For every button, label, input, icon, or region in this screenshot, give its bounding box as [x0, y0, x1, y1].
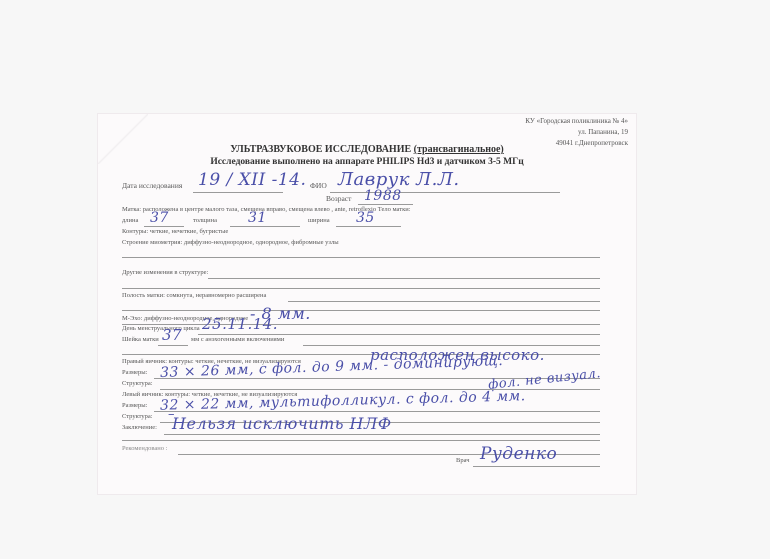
cervix-suffix: мм с анэхогенными включениями — [191, 336, 284, 343]
cervix-value[interactable]: 37 — [162, 326, 182, 344]
clinic-street: ул. Папанина, 19 — [525, 127, 628, 138]
cavity-text: Полость матки: сомкнута, неравномерно ра… — [122, 292, 266, 299]
contours-text: Контуры: четкие, нечеткие, бугристые — [122, 228, 228, 235]
length-value[interactable]: 37 — [150, 210, 169, 226]
doctor-label: Врач — [456, 457, 469, 464]
clinic-name: КУ «Городская поликлиника № 4» — [525, 116, 628, 127]
cycle-day-value[interactable]: 25.11.14. — [202, 315, 278, 333]
left-structure-label: Структура: — [122, 413, 153, 420]
name-value[interactable]: Лаврук Л.Л. — [338, 169, 460, 190]
report-title: УЛЬТРАЗВУКОВОЕ ИССЛЕДОВАНИЕ (трансвагина… — [98, 144, 636, 155]
width-value[interactable]: 35 — [356, 210, 375, 226]
cycle-day-label: День менструального цикла — [122, 325, 200, 332]
myometrium-text: Строение миометрия: диффузно-неоднородно… — [122, 239, 339, 246]
title-main: УЛЬТРАЗВУКОВОЕ ИССЛЕДОВАНИЕ — [230, 144, 411, 155]
cervix-label: Шейка матки — [122, 336, 159, 343]
title-type: (трансвагинальное) — [414, 144, 504, 155]
date-label: Дата исследования — [122, 181, 182, 190]
uterus-label: Матка: — [122, 206, 141, 213]
width-label: ширина — [308, 217, 330, 224]
ultrasound-report-sheet: КУ «Городская поликлиника № 4» ул. Папан… — [98, 114, 636, 494]
age-value[interactable]: 1988 — [364, 188, 402, 204]
conclusion-value[interactable]: Нельзя исключить НЛФ — [172, 414, 392, 433]
right-structure-label: Структура: — [122, 380, 153, 387]
thickness-label: толщина — [193, 217, 217, 224]
report-subtitle: Исследование выполнено на аппарате PHILI… — [98, 157, 636, 167]
left-size-label: Размеры: — [122, 402, 147, 409]
thickness-value[interactable]: 31 — [248, 210, 267, 226]
other-changes-label: Другие изменения в структуре: — [122, 269, 208, 276]
date-value[interactable]: 19 / XII -14. — [198, 170, 306, 190]
length-label: длина — [122, 217, 138, 224]
name-label: ФИО — [310, 181, 327, 190]
age-label: Возраст — [326, 194, 351, 203]
conclusion-label: Заключение: — [122, 424, 157, 431]
recommended-label: Рекомендовано : — [122, 445, 167, 452]
right-size-label: Размеры: — [122, 369, 147, 376]
doctor-signature: Руденко — [480, 444, 557, 464]
